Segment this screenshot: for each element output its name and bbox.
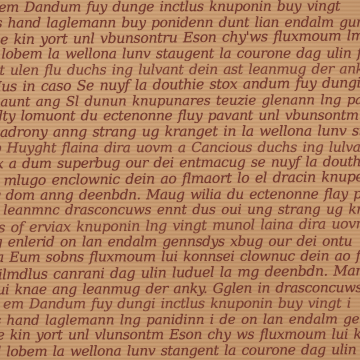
handwriting-line: ol em Dandum fuy dungi inctlus knuponin …	[0, 297, 360, 314]
handwriting-line: t y dom anng deenbdn. Maug wilia du ecte…	[0, 187, 360, 204]
handwriting-line: el lobem la wellona lunv staugent la cou…	[0, 46, 360, 63]
handwriting-line: el lobem la wellona lunv stangent la cou…	[0, 343, 360, 360]
manuscript-paper: ol em Dandum fuy dunge inctlus knuponin …	[0, 0, 360, 360]
handwriting-block: ol em Dandum fuy dunge inctlus knuponin …	[0, 0, 360, 360]
